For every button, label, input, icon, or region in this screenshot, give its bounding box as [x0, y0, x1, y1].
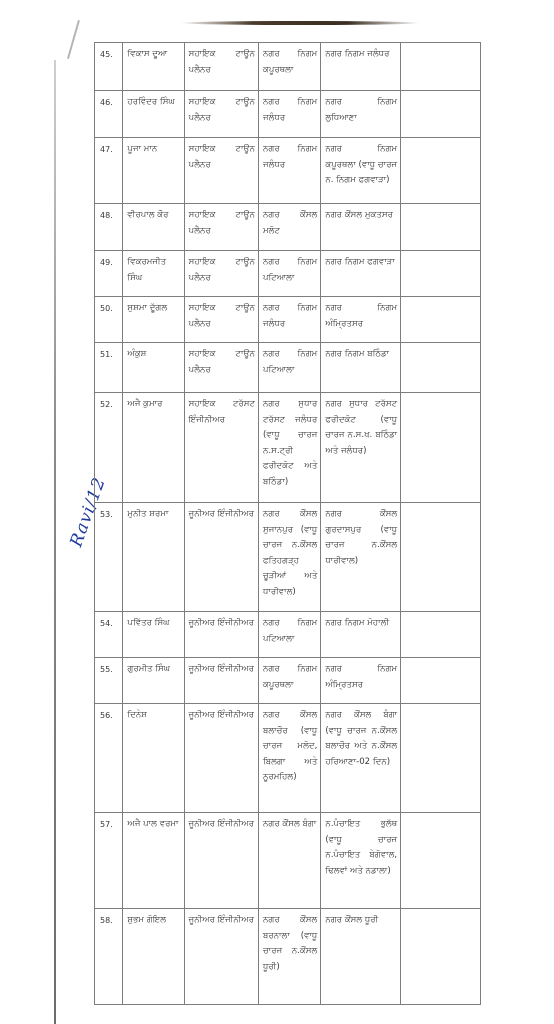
posted-to: ਨਗਰ ਕੌਂਸਲ ਮੁਕਤਸਰ: [321, 204, 401, 251]
table-row: 52. ਅਜੈ ਕੁਮਾਰ ਸਹਾਇਕ ਟਰੱਸਟ ਇੰਜੀਨੀਅਰ ਨਗਰ ਸ…: [95, 393, 481, 503]
employee-name: ਮੁਨੀਤ ਸ਼ਰਮਾ: [123, 503, 184, 612]
remarks: [401, 704, 481, 813]
transfer-table: 45. ਵਿਕਾਸ ਦੂਆ ਸਹਾਇਕ ਟਾਊਨ ਪਲੈਨਰ ਨਗਰ ਨਿਗਮ …: [94, 42, 481, 1005]
designation: ਸਹਾਇਕ ਟਾਊਨ ਪਲੈਨਰ: [184, 251, 258, 297]
posted-from: ਨਗਰ ਨਿਗਮ ਕਪੂਰਥਲਾ: [259, 658, 321, 704]
posted-to: ਨਗਰ ਕੌਂਸਲ ਗੁਰਦਾਸਪੁਰ (ਵਾਧੂ ਚਾਰਜ ਨ.ਕੌਂਸਲ ਧ…: [321, 503, 401, 612]
designation: ਜੂਨੀਅਰ ਇੰਜੀਨੀਅਰ: [184, 612, 258, 658]
table-row: 55. ਗੁਰਮੀਤ ਸਿੰਘ ਜੂਨੀਅਰ ਇੰਜੀਨੀਅਰ ਨਗਰ ਨਿਗਮ…: [95, 658, 481, 704]
posted-from: ਨਗਰ ਨਿਗਮ ਪਟਿਆਲਾ: [259, 612, 321, 658]
posted-from: ਨਗਰ ਕੌਂਸਲ ਬਲਾਚੌਰ (ਵਾਧੂ ਚਾਰਜ ਮਲੋਦ, ਬਿਲਗਾ …: [259, 704, 321, 813]
posted-from: ਨਗਰ ਨਿਗਮ ਜਲੰਧਰ: [259, 91, 321, 138]
posted-from: ਨਗਰ ਕੌਂਸਲ ਬਰਨਾਲਾ (ਵਾਧੂ ਚਾਰਜ ਨ.ਕੌਂਸਲ ਧੂਰੀ…: [259, 909, 321, 1005]
posted-from: ਨਗਰ ਨਿਗਮ ਪਟਿਆਲਾ: [259, 251, 321, 297]
posted-to: ਨਗਰ ਕੌਂਸਲ ਬੰਗਾ (ਵਾਧੂ ਚਾਰਜ ਨ.ਕੌਂਸਲ ਬਲਾਚੌਰ…: [321, 704, 401, 813]
posted-to: ਨਗਰ ਨਿਗਮ ਜਲੰਧਰ: [321, 43, 401, 91]
table-row: 56. ਦਿਨੇਸ਼ ਜੂਨੀਅਰ ਇੰਜੀਨੀਅਰ ਨਗਰ ਕੌਂਸਲ ਬਲਾ…: [95, 704, 481, 813]
designation: ਸਹਾਇਕ ਟਾਊਨ ਪਲੈਨਰ: [184, 343, 258, 393]
designation: ਜੂਨੀਅਰ ਇੰਜੀਨੀਅਰ: [184, 503, 258, 612]
table-row: 49. ਵਿਕਰਮਜੀਤ ਸਿੰਘ ਸਹਾਇਕ ਟਾਊਨ ਪਲੈਨਰ ਨਗਰ ਨ…: [95, 251, 481, 297]
posted-to: ਨਗਰ ਨਿਗਮ ਲੁਧਿਆਣਾ: [321, 91, 401, 138]
table-row: 57. ਅਜੈ ਪਾਲ ਵਰਮਾ ਜੂਨੀਅਰ ਇੰਜੀਨੀਅਰ ਨਗਰ ਕੌਂ…: [95, 813, 481, 909]
remarks: [401, 658, 481, 704]
designation: ਸਹਾਇਕ ਟਾਊਨ ਪਲੈਨਰ: [184, 43, 258, 91]
serial-number: 58.: [95, 909, 123, 1005]
posted-from: ਨਗਰ ਕੌਂਸਲ ਬੰਗਾ: [259, 813, 321, 909]
remarks: [401, 393, 481, 503]
posted-from: ਨਗਰ ਕੌਂਸਲ ਸੁਜਾਨਪੁਰ (ਵਾਧੂ ਚਾਰਜ ਨ.ਕੌਂਸਲ ਫਤ…: [259, 503, 321, 612]
serial-number: 45.: [95, 43, 123, 91]
designation: ਸਹਾਇਕ ਟਰੱਸਟ ਇੰਜੀਨੀਅਰ: [184, 393, 258, 503]
employee-name: ਪੂਜਾ ਮਾਨ: [123, 138, 184, 204]
serial-number: 50.: [95, 297, 123, 343]
posted-to: ਨਗਰ ਨਿਗਮ ਬਠਿੰਡਾ: [321, 343, 401, 393]
serial-number: 52.: [95, 393, 123, 503]
serial-number: 49.: [95, 251, 123, 297]
posted-to: ਨਗਰ ਸੁਧਾਰ ਟਰੱਸਟ ਫਰੀਦਕੋਟ (ਵਾਧੂ ਚਾਰਜ ਨ.ਸ.ਖ…: [321, 393, 401, 503]
employee-name: ਵੀਰਪਾਲ ਕੌਰ: [123, 204, 184, 251]
table-row: 51. ਅੰਕੁਸ਼ ਸਹਾਇਕ ਟਾਊਨ ਪਲੈਨਰ ਨਗਰ ਨਿਗਮ ਪਟਿ…: [95, 343, 481, 393]
paper-fold-line: [67, 20, 80, 59]
table-row: 58. ਸ਼ੁਭਮ ਗੋਇਲ ਜੂਨੀਅਰ ਇੰਜੀਨੀਅਰ ਨਗਰ ਕੌਂਸਲ…: [95, 909, 481, 1005]
remarks: [401, 91, 481, 138]
posted-to: ਨਗਰ ਕੌਂਸਲ ਧੂਰੀ: [321, 909, 401, 1005]
table-row: 53. ਮੁਨੀਤ ਸ਼ਰਮਾ ਜੂਨੀਅਰ ਇੰਜੀਨੀਅਰ ਨਗਰ ਕੌਂਸ…: [95, 503, 481, 612]
employee-name: ਸੁਸ਼ਮਾ ਦੂੱਗਲ: [123, 297, 184, 343]
posted-to: ਨਗਰ ਨਿਗਮ ਅੰਮ੍ਰਿਤਸਰ: [321, 297, 401, 343]
posted-to: ਨ.ਪੰਚਾਇਤ ਭੁਲੱਥ (ਵਾਧੂ ਚਾਰਜ ਨ.ਪੰਚਾਇਤ ਬੇਗੋਵ…: [321, 813, 401, 909]
serial-number: 57.: [95, 813, 123, 909]
employee-name: ਹਰਵਿੰਦਰ ਸਿੰਘ: [123, 91, 184, 138]
serial-number: 55.: [95, 658, 123, 704]
posted-from: ਨਗਰ ਸੁਧਾਰ ਟਰੱਸਟ ਜਲੰਧਰ (ਵਾਧੂ ਚਾਰਜ ਨ.ਸ.ਟ੍ਰ…: [259, 393, 321, 503]
posted-to: ਨਗਰ ਨਿਗਮ ਕਪੂਰਥਲਾ (ਵਾਧੂ ਚਾਰਜ ਨ. ਨਿਗਮ ਫਗਵਾ…: [321, 138, 401, 204]
table-row: 47. ਪੂਜਾ ਮਾਨ ਸਹਾਇਕ ਟਾਊਨ ਪਲੈਨਰ ਨਗਰ ਨਿਗਮ ਜ…: [95, 138, 481, 204]
serial-number: 48.: [95, 204, 123, 251]
serial-number: 51.: [95, 343, 123, 393]
page-edge: [54, 60, 56, 1024]
table-row: 54. ਪਵਿੱਤਰ ਸਿੰਘ ਜੂਨੀਅਰ ਇੰਜੀਨੀਅਰ ਨਗਰ ਨਿਗਮ…: [95, 612, 481, 658]
employee-name: ਪਵਿੱਤਰ ਸਿੰਘ: [123, 612, 184, 658]
serial-number: 47.: [95, 138, 123, 204]
table-row: 46. ਹਰਵਿੰਦਰ ਸਿੰਘ ਸਹਾਇਕ ਟਾਊਨ ਪਲੈਨਰ ਨਗਰ ਨਿ…: [95, 91, 481, 138]
table-row: 45. ਵਿਕਾਸ ਦੂਆ ਸਹਾਇਕ ਟਾਊਨ ਪਲੈਨਰ ਨਗਰ ਨਿਗਮ …: [95, 43, 481, 91]
posted-to: ਨਗਰ ਨਿਗਮ ਅੰਮ੍ਰਿਤਸਰ: [321, 658, 401, 704]
employee-name: ਗੁਰਮੀਤ ਸਿੰਘ: [123, 658, 184, 704]
scan-shadow: [180, 21, 420, 25]
employee-name: ਅਜੈ ਪਾਲ ਵਰਮਾ: [123, 813, 184, 909]
remarks: [401, 43, 481, 91]
remarks: [401, 612, 481, 658]
designation: ਜੂਨੀਅਰ ਇੰਜੀਨੀਅਰ: [184, 813, 258, 909]
table-row: 48. ਵੀਰਪਾਲ ਕੌਰ ਸਹਾਇਕ ਟਾਊਨ ਪਲੈਨਰ ਨਗਰ ਕੌਂਸ…: [95, 204, 481, 251]
posted-from: ਨਗਰ ਨਿਗਮ ਕਪੂਰਥਲਾ: [259, 43, 321, 91]
posted-from: ਨਗਰ ਨਿਗਮ ਜਲੰਧਰ: [259, 297, 321, 343]
designation: ਜੂਨੀਅਰ ਇੰਜੀਨੀਅਰ: [184, 909, 258, 1005]
designation: ਸਹਾਇਕ ਟਾਊਨ ਪਲੈਨਰ: [184, 138, 258, 204]
posted-from: ਨਗਰ ਨਿਗਮ ਪਟਿਆਲਾ: [259, 343, 321, 393]
posted-from: ਨਗਰ ਨਿਗਮ ਜਲੰਧਰ: [259, 138, 321, 204]
posted-from: ਨਗਰ ਕੌਂਸਲ ਮਲੋਟ: [259, 204, 321, 251]
serial-number: 46.: [95, 91, 123, 138]
designation: ਜੂਨੀਅਰ ਇੰਜੀਨੀਅਰ: [184, 658, 258, 704]
remarks: [401, 204, 481, 251]
employee-name: ਸ਼ੁਭਮ ਗੋਇਲ: [123, 909, 184, 1005]
designation: ਜੂਨੀਅਰ ਇੰਜੀਨੀਅਰ: [184, 704, 258, 813]
table-row: 50. ਸੁਸ਼ਮਾ ਦੂੱਗਲ ਸਹਾਇਕ ਟਾਊਨ ਪਲੈਨਰ ਨਗਰ ਨਿ…: [95, 297, 481, 343]
designation: ਸਹਾਇਕ ਟਾਊਨ ਪਲੈਨਰ: [184, 297, 258, 343]
remarks: [401, 813, 481, 909]
employee-name: ਅਜੈ ਕੁਮਾਰ: [123, 393, 184, 503]
employee-name: ਵਿਕਾਸ ਦੂਆ: [123, 43, 184, 91]
remarks: [401, 297, 481, 343]
remarks: [401, 503, 481, 612]
remarks: [401, 909, 481, 1005]
serial-number: 54.: [95, 612, 123, 658]
employee-name: ਦਿਨੇਸ਼: [123, 704, 184, 813]
remarks: [401, 138, 481, 204]
serial-number: 56.: [95, 704, 123, 813]
designation: ਸਹਾਇਕ ਟਾਊਨ ਪਲੈਨਰ: [184, 204, 258, 251]
remarks: [401, 251, 481, 297]
remarks: [401, 343, 481, 393]
serial-number: 53.: [95, 503, 123, 612]
posted-to: ਨਗਰ ਨਿਗਮ ਫਗਵਾੜਾ: [321, 251, 401, 297]
employee-name: ਵਿਕਰਮਜੀਤ ਸਿੰਘ: [123, 251, 184, 297]
employee-name: ਅੰਕੁਸ਼: [123, 343, 184, 393]
posted-to: ਨਗਰ ਨਿਗਮ ਮੋਹਾਲੀ: [321, 612, 401, 658]
designation: ਸਹਾਇਕ ਟਾਊਨ ਪਲੈਨਰ: [184, 91, 258, 138]
